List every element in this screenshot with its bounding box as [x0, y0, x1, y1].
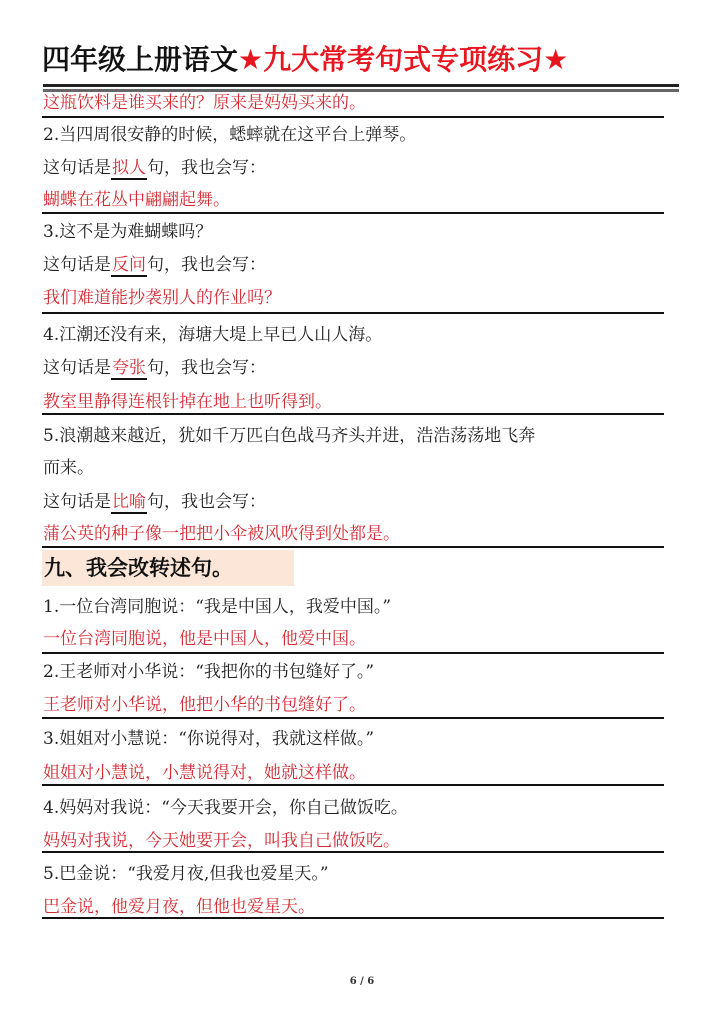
prompt-line: 这句话是反问句，我也会写： [43, 252, 266, 278]
answer-text: 这瓶饮料是谁买来的？原来是妈妈买来的。 [43, 90, 366, 116]
question-text: 2.当四周很安静的时候，蟋蟀就在这平台上弹琴。 [43, 122, 416, 148]
answer-text: 姐姐对小慧说，小慧说得对，她就这样做。 [43, 760, 366, 786]
answer-rule [42, 312, 664, 314]
question-text: 2.王老师对小华说：“我把你的书包缝好了。” [43, 659, 374, 685]
question-text: 4.妈妈对我说：“今天我要开会，你自己做饭吃。 [43, 795, 408, 821]
question-text: 5.巴金说：“我爱月夜,但我也爱星天。” [43, 861, 329, 887]
answer-text: 一位台湾同胞说，他是中国人，他爱中国。 [43, 626, 366, 652]
answer-rule [42, 652, 664, 654]
page-number: 6 / 6 [0, 976, 724, 987]
question-text: 4.江潮还没有来，海塘大堤上早已人山人海。 [43, 322, 382, 348]
question-text: 1.一位台湾同胞说：“我是中国人，我爱中国。” [43, 594, 391, 620]
answer-rule [42, 784, 664, 786]
answer-blank: 比喻 [111, 492, 147, 514]
question-text: 5.浪潮越来越近，犹如千万匹白色战马齐头并进，浩浩荡荡地飞奔 [43, 423, 535, 449]
answer-rule [42, 212, 664, 214]
title-grade: 四年级上册语文 [42, 43, 238, 76]
section-heading: 九、我会改转述句。 [42, 550, 294, 586]
prompt-line: 这句话是夸张句，我也会写： [43, 355, 266, 381]
page-title: 四年级上册语文★九大常考句式专项练习★ [42, 40, 682, 80]
answer-rule [42, 851, 664, 853]
question-text: 3.姐姐对小慧说：“你说得对，我就这样做。” [43, 726, 374, 752]
answer-text: 教室里静得连根针掉在地上也听得到。 [43, 389, 332, 415]
prompt-line: 这句话是拟人句，我也会写： [43, 155, 266, 181]
answer-rule [42, 546, 664, 548]
answer-text: 蝴蝶在花丛中翩翩起舞。 [43, 187, 230, 213]
answer-rule [42, 717, 664, 719]
title-divider [43, 84, 679, 87]
answer-blank: 反问 [111, 255, 147, 277]
question-text: 3.这不是为难蝴蝶吗？ [43, 219, 212, 245]
answer-blank: 拟人 [111, 158, 147, 180]
answer-blank: 夸张 [111, 358, 147, 380]
answer-text: 我们难道能抄袭别人的作业吗？ [43, 285, 281, 311]
question-text-continued: 而来。 [43, 455, 94, 481]
answer-text: 蒲公英的种子像一把把小伞被风吹得到处都是。 [43, 521, 400, 547]
answer-rule [42, 917, 664, 919]
prompt-line: 这句话是比喻句，我也会写： [43, 489, 266, 515]
title-topic: ★九大常考句式专项练习★ [238, 43, 568, 76]
answer-rule [42, 413, 664, 415]
answer-text: 王老师对小华说，他把小华的书包缝好了。 [43, 692, 366, 718]
answer-rule [42, 116, 664, 118]
